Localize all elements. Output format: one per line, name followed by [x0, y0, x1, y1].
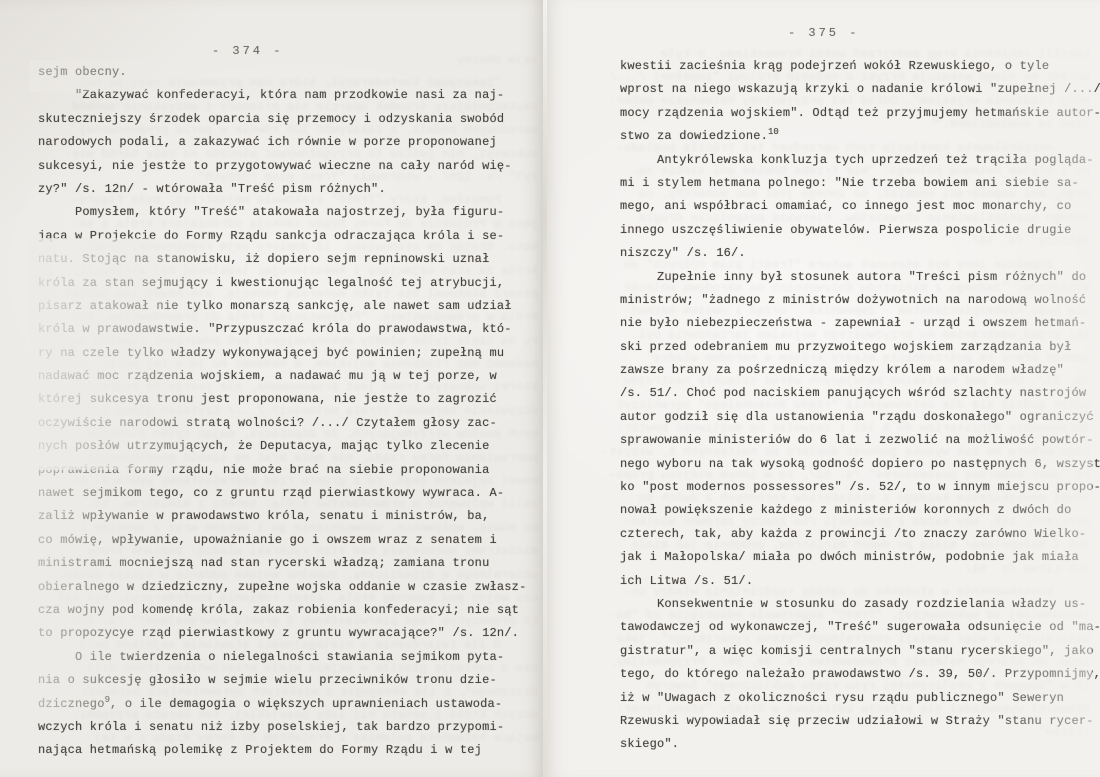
text-line: narodowych podali, a zakazywać ich równi…: [38, 131, 538, 154]
text-line: sukcesyi, nie jestże to przygotowywać wi…: [38, 155, 538, 178]
text-line: wprost na niego wskazują krzyki o nadani…: [620, 78, 1090, 101]
text-line: tego, do którego należało prawodawstwo /…: [620, 663, 1090, 686]
text-line: zaliż wpływanie w prawodawstwo króla, se…: [38, 505, 538, 528]
text-line: co mówię, wpływanie, upoważnianie go i o…: [38, 529, 538, 552]
text-line: ski przed odebraniem mu przyzwoitego woj…: [620, 336, 1090, 359]
text-line: nawet sejmikom tego, co z gruntu rząd pi…: [38, 482, 538, 505]
text-line: Zupełnie inny był stosunek autora "Treśc…: [620, 266, 1090, 289]
text-line: ministrami mocniejszą nad stan rycerski …: [38, 552, 538, 575]
page-number-right: - 375 -: [788, 26, 859, 40]
text-line: nająca hetmańską polemikę z Projektem do…: [38, 739, 538, 762]
text-line: ko "post modernos possessores" /s. 52/, …: [620, 476, 1090, 499]
text-line: wczych króla i senatu niż izby poselskie…: [38, 716, 538, 739]
text-line: nego wyboru na tak wysoką godność dopier…: [620, 453, 1090, 476]
text-line: natu. Stojąc na stanowisku, iż dopiero s…: [38, 248, 538, 271]
text-line: poprawienia formy rządu, nie może brać n…: [38, 459, 538, 482]
text-line: Rzewuski wypowiadał się przeciw udziałow…: [620, 710, 1090, 733]
text-line: ministrów; "żadnego z ministrów dożywotn…: [620, 289, 1090, 312]
text-line: nia o sukcesję głosiło w sejmie wielu pr…: [38, 669, 538, 692]
text-line: "Zakazywać konfederacyi, która nam przod…: [38, 84, 538, 107]
text-line: której sukcesya tronu jest proponowana, …: [38, 388, 538, 411]
text-line: ich Litwa /s. 51/.: [620, 570, 1090, 593]
text-line: Pomysłem, który "Treść" atakowała najost…: [38, 201, 538, 224]
text-line: to propozycye rząd pierwiastkowy z grunt…: [38, 622, 538, 645]
text-line: kwestii zacieśnia krąg podejrzeń wokół R…: [620, 55, 1090, 78]
text-line: O ile twierdzenia o nielegalności stawia…: [38, 646, 538, 669]
text-line: ry na czele tylko władzy wykonywającej b…: [38, 342, 538, 365]
left-page: - 374 - sejm obecny."Zakazywać konfedera…: [0, 0, 546, 777]
text-line: obieralnego w dziedziczny, zupełne wojsk…: [38, 576, 538, 599]
text-line: skuteczniejszy śrzodek oparcia się przem…: [38, 108, 538, 131]
text-line: króla za stan sejmujący i kwestionując l…: [38, 272, 538, 295]
text-line: cza wojny pod komendę króla, zakaz robie…: [38, 599, 538, 622]
text-line: jak i Małopolska/ miała po dwóch ministr…: [620, 546, 1090, 569]
text-line: mocy rządzenia wojskiem". Odtąd też przy…: [620, 102, 1090, 125]
scanned-book-spread: { "style": { "paper_left": "#edebe7", "p…: [0, 0, 1100, 777]
text-line: innego uszczęśliwienie obywatelów. Pierw…: [620, 219, 1090, 242]
text-line: niszczy" /s. 16/.: [620, 242, 1090, 265]
text-line: Antykrólewska konkluzja tych uprzedzeń t…: [620, 149, 1090, 172]
text-line: oczywiście narodowi stratą wolności? /..…: [38, 412, 538, 435]
text-line: pisarz atakował nie tylko monarszą sankc…: [38, 295, 538, 318]
text-line: czterech, tak, aby każda z prowincji /to…: [620, 523, 1090, 546]
text-line: gistratur", a więc komisji centralnych "…: [620, 640, 1090, 663]
text-line: nych posłów utrzymujących, że Deputacya,…: [38, 435, 538, 458]
right-page: - 375 - kwestii zacieśnia krąg podejrzeń…: [546, 0, 1100, 777]
text-line: jąca w Projekcie do Formy Rządu sankcja …: [38, 225, 538, 248]
text-line: tawodawczej od wykonawczej, "Treść" suge…: [620, 616, 1090, 639]
text-line: nadawać moc rządzenia wojskiem, a nadawa…: [38, 365, 538, 388]
text-line: skiego".: [620, 733, 1090, 756]
text-line: nie było niebezpieczeństwa - zapewniał -…: [620, 312, 1090, 335]
page-gutter-shadow: [543, 0, 547, 777]
text-line: mi i stylem hetmana polnego: "Nie trzeba…: [620, 172, 1090, 195]
text-line: stwo za dowiedzione.10: [620, 125, 1090, 148]
text-line: zy?" /s. 12n/ - wtórowała "Treść pism ró…: [38, 178, 538, 201]
text-line: Konsekwentnie w stosunku do zasady rozdz…: [620, 593, 1090, 616]
text-line: króla w prawodawstwie. "Przypuszczać kró…: [38, 318, 538, 341]
text-line: mego, ani współbraci omamiać, co innego …: [620, 195, 1090, 218]
text-line: zawsze brany za pośrzedniczą między król…: [620, 359, 1090, 382]
page-number-left: - 374 -: [212, 44, 283, 58]
text-line: iż w "Uwagach z okoliczności rysu rządu …: [620, 687, 1090, 710]
text-line: dzicznego9, o ile demagogia o większych …: [38, 693, 538, 716]
text-line: sprawowanie ministeriów do 6 lat i zezwo…: [620, 429, 1090, 452]
text-line: sejm obecny.: [38, 61, 538, 84]
text-line: autor godził się dla ustanowienia "rządu…: [620, 406, 1090, 429]
page-text-right: kwestii zacieśnia krąg podejrzeń wokół R…: [620, 55, 1090, 757]
text-line: /s. 51/. Choć pod naciskiem panujących w…: [620, 382, 1090, 405]
page-text-left: sejm obecny."Zakazywać konfederacyi, któ…: [38, 61, 538, 763]
text-line: nował powiększenie każdego z ministeriów…: [620, 499, 1090, 522]
